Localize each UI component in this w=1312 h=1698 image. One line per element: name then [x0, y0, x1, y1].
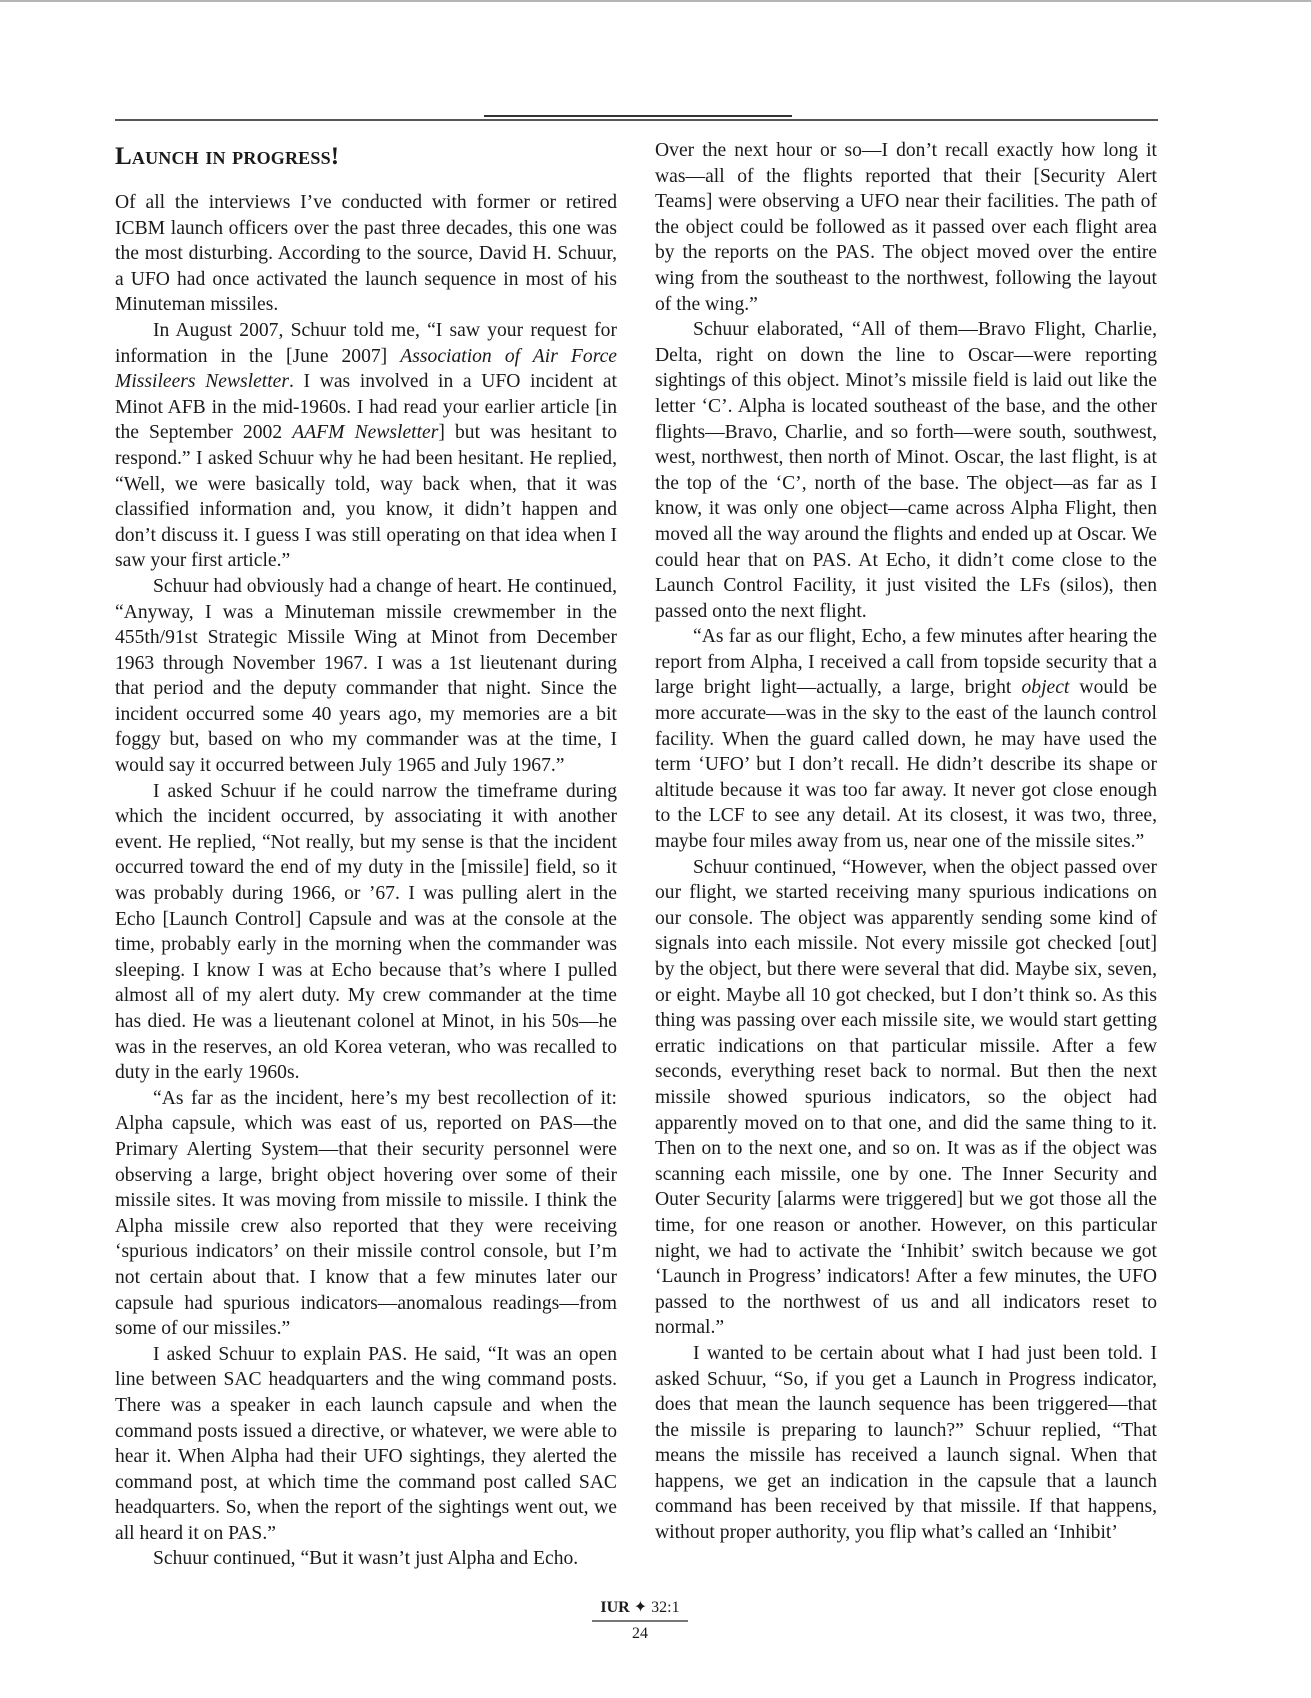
- text-run: Schuur continued, “But it wasn’t just Al…: [153, 1548, 578, 1569]
- right-column: Over the next hour or so—I don’t recall …: [655, 138, 1157, 1546]
- right-column-body: Over the next hour or so—I don’t recall …: [655, 138, 1157, 1546]
- paragraph: I wanted to be certain about what I had …: [655, 1341, 1157, 1546]
- text-run: would be more accurate—was in the sky to…: [655, 677, 1157, 852]
- page-footer: IUR ✦ 32:1 24: [590, 1598, 690, 1644]
- paragraph: I asked Schuur to explain PAS. He said, …: [115, 1342, 617, 1547]
- footer-rule: [592, 1620, 688, 1622]
- paragraph: Schuur elaborated, “All of them—Bravo Fl…: [655, 317, 1157, 624]
- header-rule-long: [115, 119, 1158, 121]
- diamond-separator-icon: ✦: [634, 1599, 647, 1616]
- paragraph: Of all the interviews I’ve conducted wit…: [115, 190, 617, 318]
- italic-text: object: [1021, 677, 1069, 698]
- text-run: Over the next hour or so—I don’t recall …: [655, 140, 1157, 315]
- page-number: 24: [590, 1624, 690, 1644]
- footer-issue-line: IUR ✦ 32:1: [590, 1598, 690, 1618]
- paragraph: Schuur continued, “However, when the obj…: [655, 855, 1157, 1341]
- header-rule-short: [484, 115, 792, 117]
- text-run: Schuur continued, “However, when the obj…: [655, 857, 1157, 1339]
- paragraph: Schuur continued, “But it wasn’t just Al…: [115, 1546, 617, 1572]
- paragraph: I asked Schuur if he could narrow the ti…: [115, 779, 617, 1086]
- text-run: I asked Schuur to explain PAS. He said, …: [115, 1344, 617, 1544]
- section-title: Launch in progress!: [115, 142, 617, 172]
- page-top-border: [0, 0, 1312, 2]
- text-run: Of all the interviews I’ve conducted wit…: [115, 192, 617, 315]
- left-column-body: Of all the interviews I’ve conducted wit…: [115, 190, 617, 1572]
- text-run: “As far as the incident, here’s my best …: [115, 1088, 617, 1339]
- paragraph: Schuur had obviously had a change of hea…: [115, 574, 617, 779]
- paragraph: “As far as our flight, Echo, a few minut…: [655, 624, 1157, 854]
- text-run: I asked Schuur if he could narrow the ti…: [115, 781, 617, 1084]
- text-run: I wanted to be certain about what I had …: [655, 1343, 1157, 1543]
- left-column: Launch in progress! Of all the interview…: [115, 138, 617, 1572]
- paragraph: “As far as the incident, here’s my best …: [115, 1086, 617, 1342]
- text-run: ] but was hesitant to respond.” I asked …: [115, 422, 617, 571]
- paragraph: In August 2007, Schuur told me, “I saw y…: [115, 318, 617, 574]
- italic-text: AAFM Newsletter: [292, 422, 438, 443]
- issue-number: 32:1: [651, 1599, 679, 1616]
- text-run: Schuur elaborated, “All of them—Bravo Fl…: [655, 319, 1157, 622]
- paragraph: Over the next hour or so—I don’t recall …: [655, 138, 1157, 317]
- text-run: Schuur had obviously had a change of hea…: [115, 576, 617, 776]
- publication-name: IUR: [600, 1599, 629, 1616]
